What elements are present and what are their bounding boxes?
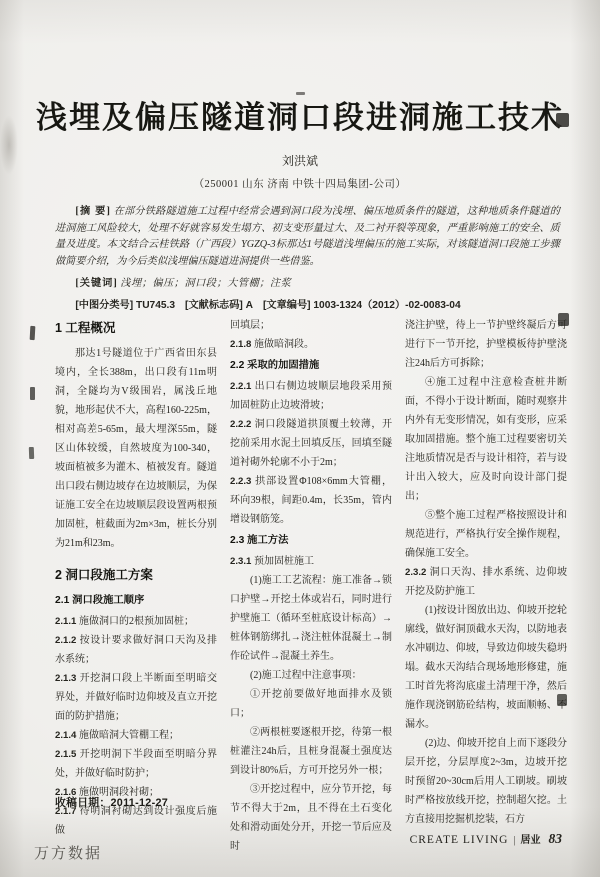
subsection-heading: 2.2 采取的加固措施 — [230, 356, 392, 376]
csc-value: TU745.3 — [136, 300, 175, 311]
paragraph: ③开挖过程中，应分节开挖，每节不得大于2m，且不得在土石变化处和滑动面处分开，开… — [230, 780, 392, 856]
received-label: 收稿日期： — [55, 797, 110, 809]
journal-name-en: CREATE LIVING — [410, 834, 509, 846]
journal-name-cn: 居业 — [521, 831, 541, 846]
page-number: 83 — [549, 831, 563, 847]
scan-artifact — [29, 447, 34, 459]
paragraph: 2.2.1 出口右侧边坡顺层地段采用预加固桩防止边坡滑坡； — [230, 377, 392, 415]
article-id-value: 1003-1324（2012）-02-0083-04 — [313, 300, 460, 311]
author-name: 刘洪斌 — [0, 152, 600, 169]
csc-label: [中图分类号] — [75, 300, 133, 311]
paragraph: ⑤整个施工过程严格按照设计和规范进行，严格执行安全操作规程，确保施工安全。 — [405, 506, 567, 563]
keywords-label: [关键词] — [75, 278, 117, 289]
paragraph: 2.1.5 开挖明洞下半段面至明暗分界处，并做好临时防护； — [55, 745, 217, 783]
scan-artifact — [30, 387, 35, 400]
paragraph: 回填层； — [230, 316, 392, 335]
paragraph: ②两根桩要逐根开挖，待第一根桩灌注24h后，且桩身混凝土强度达到设计80%后，方… — [230, 723, 392, 780]
article-id-label: [文章编号] — [263, 300, 311, 311]
keywords-text: 浅埋；偏压；洞口段；大管棚；注浆 — [120, 278, 291, 289]
received-date: 收稿日期：2011-12-27 — [55, 795, 225, 810]
author-affiliation: （250001 山东 济南 中铁十四局集团-公司） — [0, 176, 600, 191]
article-meta: [摘 要] 在部分铁路隧道施工过程中经常会遇到洞口段为浅埋、偏压地质条件的隧道，… — [55, 204, 560, 314]
journal-footer: CREATE LIVING | 居业 83 — [410, 831, 562, 847]
paragraph: 2.1.1 施做洞口的2根预加固桩； — [55, 612, 217, 631]
received-value: 2011-12-27 — [110, 797, 168, 809]
doc-code-label: [文献标志码] — [185, 300, 243, 311]
paragraph: 2.2.2 洞口段隧道拱顶覆土较薄，开挖前采用水泥土回填反压，回填至隧道衬砌外轮… — [230, 415, 392, 472]
subsection-heading: 2.3 施工方法 — [230, 531, 392, 551]
abstract-paragraph: [摘 要] 在部分铁路隧道施工过程中经常会遇到洞口段为浅埋、偏压地质条件的隧道，… — [55, 204, 560, 270]
paragraph: 浇注护壁，待上一节护壁终凝后方可进行下一节开挖，护壁模板待护壁浇注24h后方可拆… — [405, 316, 567, 373]
abstract-label: [摘 要] — [75, 206, 111, 217]
subsection-heading: 2.1 洞口段施工顺序 — [55, 591, 217, 611]
paragraph: (2)边、仰坡开挖自上而下逐段分层开挖，分层厚度2~3m，边坡开挖时预留20~3… — [405, 734, 567, 829]
keywords-line: [关键词] 浅埋；偏压；洞口段；大管棚；注浆 — [55, 276, 560, 292]
scan-artifact — [30, 326, 36, 340]
paragraph: ④施工过程中注意检查桩井断面，不得小于设计断面，随时观察井内外有无变形情况，如有… — [405, 373, 567, 506]
paragraph: 那达1号隧道位于广西省田东县境内，全长388m，出口段有11m明洞，全隧均为V级… — [55, 344, 217, 553]
paragraph: (1)按设计图放出边、仰坡开挖轮廓线，做好洞顶截水天沟，以防地表水冲刷边、仰坡，… — [405, 601, 567, 734]
paragraph: 2.2.3 拱部设置Φ108×6mm大管棚，环向39根，间距0.4m，长35m，… — [230, 472, 392, 529]
doc-code-value: A — [246, 300, 253, 311]
scan-artifact — [296, 92, 305, 95]
paragraph: 2.1.3 开挖洞口段上半断面至明暗交界处，并做好临时边仰坡及直立开挖面的防护措… — [55, 669, 217, 726]
paragraph: 2.3.2 洞口天沟、排水系统、边仰坡开挖及防护施工 — [405, 563, 567, 601]
paragraph: 2.1.4 施做暗洞大管棚工程； — [55, 726, 217, 745]
scanned-paper-page: 浅埋及偏压隧道洞口段进洞施工技术 刘洪斌 （250001 山东 济南 中铁十四局… — [0, 0, 600, 877]
paragraph: 2.3.1 预加固桩施工 — [230, 552, 392, 571]
paragraph: (1)施工工艺流程：施工准备→锁口护壁→开挖土体或岩石，同时进行护壁施工（循环至… — [230, 571, 392, 666]
wanfang-watermark: 万方数据 — [34, 842, 102, 863]
paragraph: (2)施工过程中注意事项： — [230, 666, 392, 685]
article-header: 浅埋及偏压隧道洞口段进洞施工技术 刘洪斌 （250001 山东 济南 中铁十四局… — [0, 0, 600, 191]
classification-line: [中图分类号] TU745.3[文献标志码] A[文章编号] 1003-1324… — [55, 298, 560, 314]
column-3: 浇注护壁，待上一节护壁终凝后方可进行下一节开挖，护壁模板待护壁浇注24h后方可拆… — [405, 316, 567, 856]
section-heading: 1 工程概况 — [55, 318, 217, 338]
section-heading: 2 洞口段施工方案 — [55, 565, 217, 585]
column-1: 1 工程概况那达1号隧道位于广西省田东县境内，全长388m，出口段有11m明洞，… — [55, 316, 217, 856]
page-title: 浅埋及偏压隧道洞口段进洞施工技术 — [0, 92, 600, 137]
paragraph: 2.1.8 施做暗洞段。 — [230, 335, 392, 354]
paragraph: 2.1.2 按设计要求做好洞口天沟及排水系统； — [55, 631, 217, 669]
paragraph: ①开挖前要做好地面排水及锁口； — [230, 685, 392, 723]
footer-separator: | — [513, 835, 515, 846]
column-2: 回填层；2.1.8 施做暗洞段。2.2 采取的加固措施2.2.1 出口右侧边坡顺… — [230, 316, 392, 856]
body-columns: 1 工程概况那达1号隧道位于广西省田东县境内，全长388m，出口段有11m明洞，… — [55, 316, 567, 856]
scan-smudge — [0, 115, 18, 175]
abstract-text: 在部分铁路隧道施工过程中经常会遇到洞口段为浅埋、偏压地质条件的隧道，这种地质条件… — [55, 206, 560, 267]
scan-artifact — [556, 113, 569, 127]
